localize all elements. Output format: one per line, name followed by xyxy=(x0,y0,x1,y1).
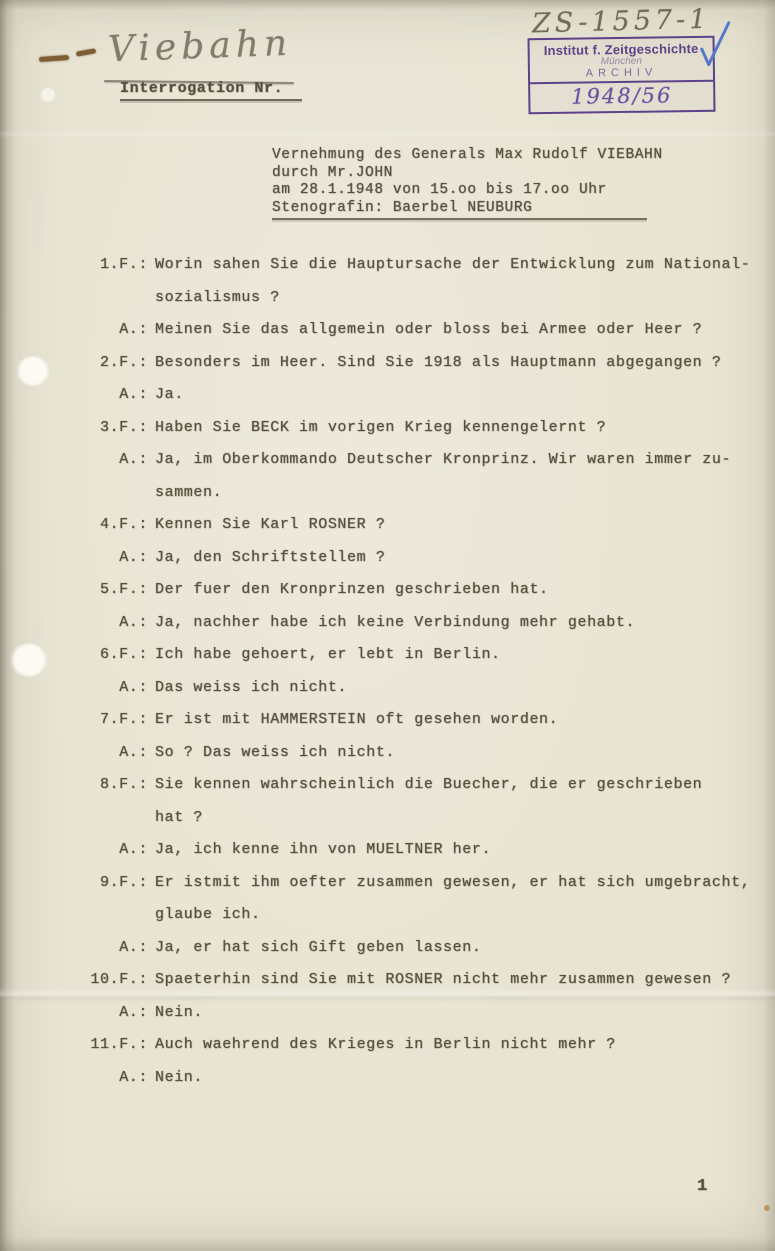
paper-crease xyxy=(0,130,775,138)
qa-line: 6.F.:Ich habe gehoert, er lebt in Berlin… xyxy=(0,639,775,672)
qa-text: Ja, er hat sich Gift geben lassen. xyxy=(155,932,481,965)
qa-text: Er istmit ihm oefter zusammen gewesen, e… xyxy=(155,867,750,900)
qa-line: 8.F.:Sie kennen wahrscheinlich die Buech… xyxy=(0,769,775,802)
qa-label: 5.F.: xyxy=(0,574,148,607)
qa-label: A.: xyxy=(0,607,148,640)
stamp-archiv-label: ARCHIV xyxy=(530,66,713,81)
qa-line: 11.F.:Auch waehrend des Krieges in Berli… xyxy=(0,1029,775,1062)
qa-line: 7.F.:Er ist mit HAMMERSTEIN oft gesehen … xyxy=(0,704,775,737)
qa-label: A.: xyxy=(0,444,148,477)
qa-line: A.:Meinen Sie das allgemein oder bloss b… xyxy=(0,314,775,347)
qa-line: A.:Ja, nachher habe ich keine Verbindung… xyxy=(0,607,775,640)
qa-line: 1.F.:Worin sahen Sie die Hauptursache de… xyxy=(0,249,775,282)
qa-line: 2.F.:Besonders im Heer. Sind Sie 1918 al… xyxy=(0,347,775,380)
qa-label: A.: xyxy=(0,672,148,705)
stamp-accession-number: 1948/56 xyxy=(530,83,713,110)
qa-line: A.:So ? Das weiss ich nicht. xyxy=(0,737,775,770)
scanned-document-page: Viebahn ZS-1557-1 Institut f. Zeitgeschi… xyxy=(0,0,775,1251)
qa-label xyxy=(0,282,148,315)
qa-text: glaube ich. xyxy=(155,899,261,932)
qa-line: sammen. xyxy=(0,477,775,510)
qa-label: 9.F.: xyxy=(0,867,148,900)
paper-damage-spot xyxy=(10,643,48,677)
qa-line: sozialismus ? xyxy=(0,282,775,315)
qa-text: hat ? xyxy=(155,802,203,835)
qa-line: A.:Ja. xyxy=(0,379,775,412)
qa-label: 1.F.: xyxy=(0,249,148,282)
qa-text: Nein. xyxy=(155,1062,203,1095)
qa-text: Auch waehrend des Krieges in Berlin nich… xyxy=(155,1029,616,1062)
title-line: Vernehmung des Generals Max Rudolf VIEBA… xyxy=(272,147,663,165)
page-number: 1 xyxy=(697,1177,708,1196)
qa-line: glaube ich. xyxy=(0,899,775,932)
qa-text: sammen. xyxy=(155,477,222,510)
qa-label: 7.F.: xyxy=(0,704,148,737)
qa-line: 4.F.:Kennen Sie Karl ROSNER ? xyxy=(0,509,775,542)
qa-text: Ja, nachher habe ich keine Verbindung me… xyxy=(155,607,635,640)
qa-text: Das weiss ich nicht. xyxy=(155,672,347,705)
qa-line: A.:Das weiss ich nicht. xyxy=(0,672,775,705)
qa-text: Ja. xyxy=(155,379,184,412)
qa-label: 11.F.: xyxy=(0,1029,148,1062)
paper-damage-spot xyxy=(40,88,56,102)
qa-text: So ? Das weiss ich nicht. xyxy=(155,737,395,770)
qa-text: Er ist mit HAMMERSTEIN oft gesehen worde… xyxy=(155,704,558,737)
paper-crease xyxy=(0,988,775,1002)
qa-text: Kennen Sie Karl ROSNER ? xyxy=(155,509,385,542)
qa-text: sozialismus ? xyxy=(155,282,280,315)
qa-line: A.:Ja, er hat sich Gift geben lassen. xyxy=(0,932,775,965)
paper-speck xyxy=(764,1205,770,1211)
qa-text: Besonders im Heer. Sind Sie 1918 als Hau… xyxy=(155,347,722,380)
paper-damage-spot xyxy=(16,356,50,386)
title-line: am 28.1.1948 von 15.oo bis 17.oo Uhr xyxy=(272,182,663,200)
qa-label: 3.F.: xyxy=(0,412,148,445)
qa-line: A.:Ja, im Oberkommando Deutscher Kronpri… xyxy=(0,444,775,477)
title-block: Vernehmung des Generals Max Rudolf VIEBA… xyxy=(272,147,663,220)
qa-label: 4.F.: xyxy=(0,509,148,542)
qa-label: A.: xyxy=(0,834,148,867)
qa-label: A.: xyxy=(0,314,148,347)
qa-line: 9.F.:Er istmit ihm oefter zusammen gewes… xyxy=(0,867,775,900)
archive-signature: ZS-1557-1 xyxy=(532,4,711,40)
qa-label: A.: xyxy=(0,932,148,965)
qa-text: Meinen Sie das allgemein oder bloss bei … xyxy=(155,314,702,347)
qa-text: Haben Sie BECK im vorigen Krieg kennenge… xyxy=(155,412,606,445)
qa-body: 1.F.:Worin sahen Sie die Hauptursache de… xyxy=(0,249,775,1094)
qa-label: A.: xyxy=(0,1062,148,1095)
qa-label: 8.F.: xyxy=(0,769,148,802)
qa-text: Ja, den Schriftstellem ? xyxy=(155,542,385,575)
checkmark-icon xyxy=(697,17,733,76)
qa-text: Ja, ich kenne ihn von MUELTNER her. xyxy=(155,834,491,867)
archive-stamp: Institut f. Zeitgeschichte München ARCHI… xyxy=(527,36,715,115)
qa-text: Der fuer den Kronprinzen geschrieben hat… xyxy=(155,574,549,607)
pencil-dash-mark xyxy=(39,55,69,62)
title-line: Stenografin: Baerbel NEUBURG xyxy=(272,200,647,221)
qa-line: 3.F.:Haben Sie BECK im vorigen Krieg ken… xyxy=(0,412,775,445)
qa-line: A.:Nein. xyxy=(0,1062,775,1095)
qa-text: Sie kennen wahrscheinlich die Buecher, d… xyxy=(155,769,702,802)
qa-line: A.:Ja, ich kenne ihn von MUELTNER her. xyxy=(0,834,775,867)
qa-line: 5.F.:Der fuer den Kronprinzen geschriebe… xyxy=(0,574,775,607)
qa-label xyxy=(0,477,148,510)
qa-text: Ich habe gehoert, er lebt in Berlin. xyxy=(155,639,501,672)
pencil-dash-mark xyxy=(76,48,97,56)
handwritten-name: Viebahn xyxy=(107,23,292,70)
qa-text: Ja, im Oberkommando Deutscher Kronprinz.… xyxy=(155,444,731,477)
qa-line: A.:Ja, den Schriftstellem ? xyxy=(0,542,775,575)
qa-line: hat ? xyxy=(0,802,775,835)
qa-label xyxy=(0,899,148,932)
title-line: durch Mr.JOHN xyxy=(272,165,663,183)
qa-label: A.: xyxy=(0,379,148,412)
qa-label xyxy=(0,802,148,835)
qa-label: A.: xyxy=(0,542,148,575)
qa-label: A.: xyxy=(0,737,148,770)
interrogation-number-label: Interrogation Nr. xyxy=(120,80,302,101)
qa-text: Worin sahen Sie die Hauptursache der Ent… xyxy=(155,249,750,282)
